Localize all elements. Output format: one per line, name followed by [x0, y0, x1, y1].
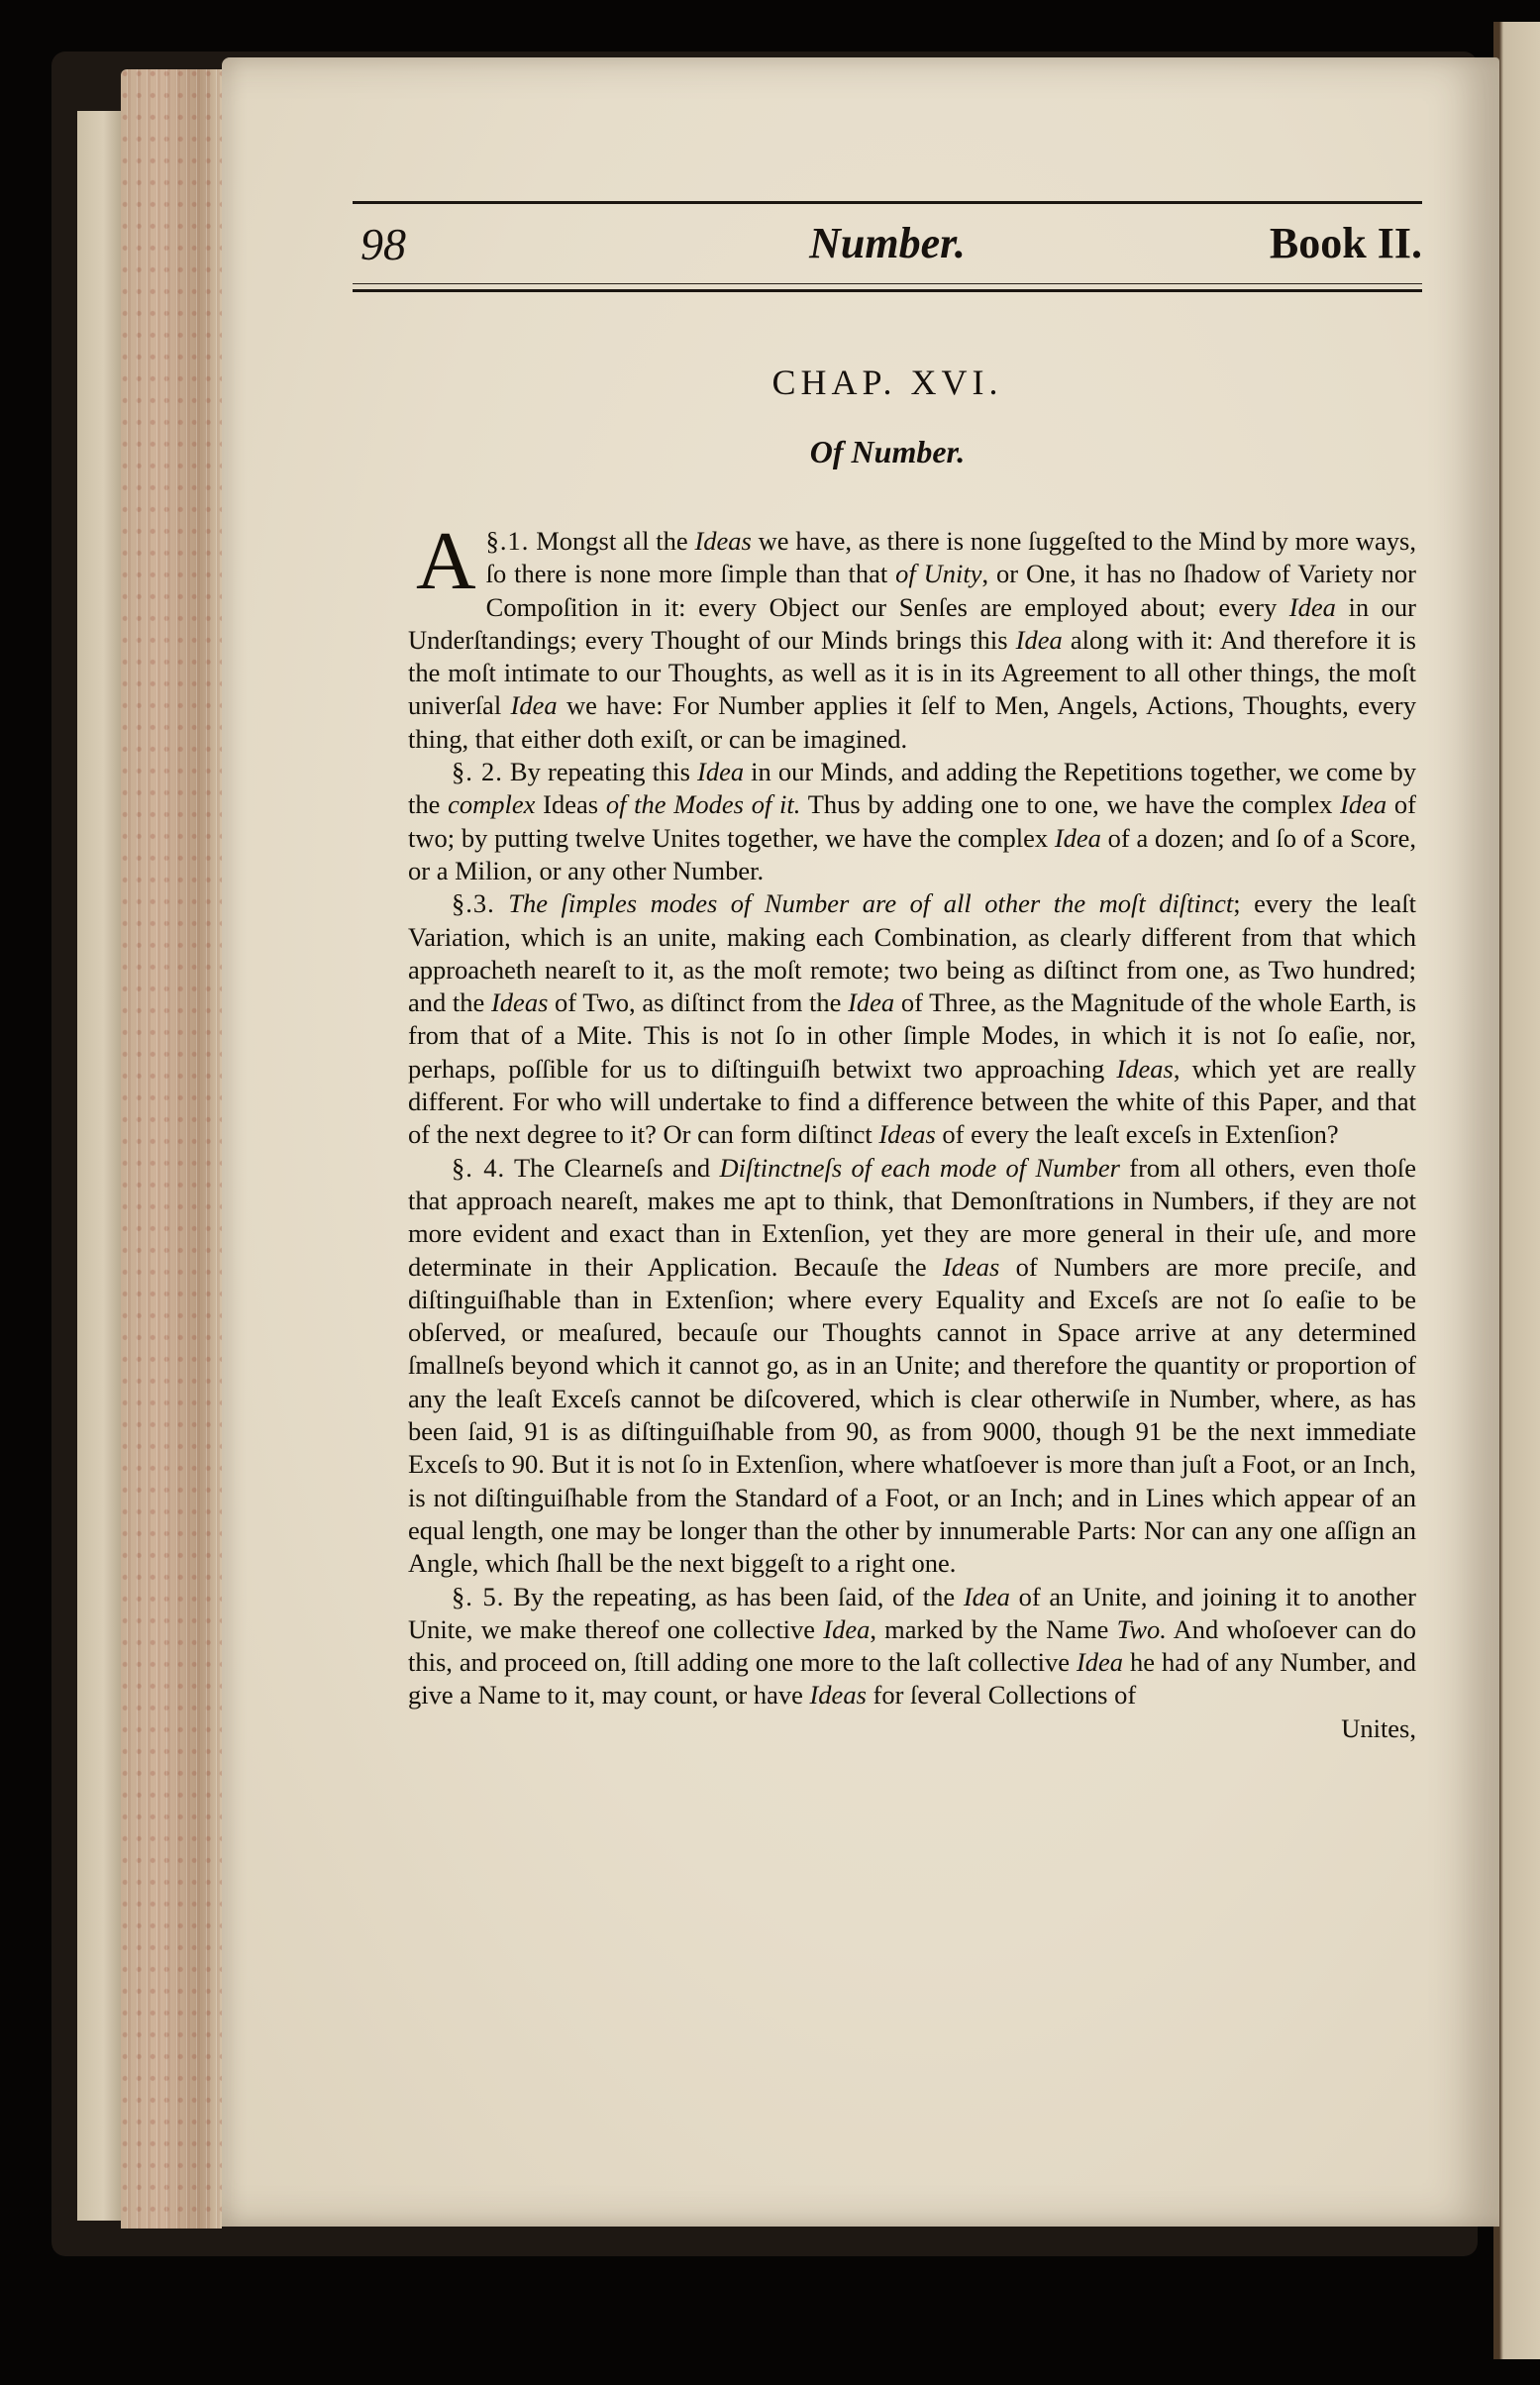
chapter-subtitle: Of Number. — [353, 434, 1422, 470]
italic-run: Idea — [964, 1582, 1010, 1611]
italic-run: Ideas — [694, 526, 751, 556]
italic-run: Diſtinctneſs of each mode of Number — [720, 1153, 1120, 1183]
section-mark: §. 4. — [452, 1153, 505, 1183]
section-2: §. 2. By repeating this Idea in our Mind… — [408, 756, 1416, 887]
italic-run: Ideas — [809, 1680, 866, 1710]
endpaper-edge — [77, 111, 121, 2221]
section-5: §. 5. By the repeating, as has been ſaid… — [408, 1581, 1416, 1712]
italic-run: The ſimples modes of Number are of all o… — [508, 888, 1233, 918]
italic-run: of Unity — [895, 559, 981, 588]
facing-page-sliver — [1493, 22, 1540, 2359]
italic-run: Idea — [1016, 625, 1063, 655]
italic-run: Idea — [1340, 789, 1386, 819]
running-title: Number. — [353, 218, 1422, 268]
section-text: The Clearneſs and Diſtinctneſs of each m… — [408, 1153, 1416, 1579]
section-text: The ſimples modes of Number are of all o… — [408, 888, 1416, 1149]
italic-run: Ideas — [1116, 1054, 1173, 1084]
italic-run: Ideas — [491, 987, 548, 1017]
section-mark: §.1. — [486, 526, 530, 556]
italic-run: complex — [448, 789, 535, 819]
book-label: Book II. — [1270, 218, 1422, 268]
italic-run: Idea — [1289, 592, 1336, 622]
italic-run: of the Modes of it. — [606, 789, 801, 819]
section-text: By repeating this Idea in our Minds, and… — [408, 757, 1416, 885]
italic-run: Idea — [511, 690, 558, 720]
section-1: §.1. A Mongst all the Ideas we have, as … — [408, 525, 1416, 756]
italic-run: Idea — [823, 1614, 870, 1644]
running-head: 98 Number. Book II. — [353, 201, 1422, 292]
section-4: §. 4. The Clearneſs and Diſtinctneſs of … — [408, 1152, 1416, 1581]
italic-run: Ideas — [943, 1252, 999, 1282]
section-text: Mongst all the Ideas we have, as there i… — [408, 526, 1416, 754]
section-mark: §. 5. — [452, 1582, 504, 1611]
italic-run: Idea — [697, 757, 744, 786]
drop-cap: A — [416, 531, 476, 592]
body-text: §.1. A Mongst all the Ideas we have, as … — [408, 525, 1416, 1745]
section-mark: §. 2. — [452, 757, 503, 786]
section-text: By the repeating, as has been ſaid, of t… — [408, 1582, 1416, 1711]
italic-run: Ideas — [878, 1119, 935, 1149]
section-3: §.3. The ſimples modes of Number are of … — [408, 887, 1416, 1151]
chapter-heading: CHAP. XVI. — [353, 362, 1422, 403]
italic-run: Idea — [848, 987, 894, 1017]
catchword: Unites, — [408, 1712, 1416, 1745]
italic-run: Idea — [1077, 1647, 1123, 1677]
italic-run: Two. — [1117, 1614, 1167, 1644]
page-stack-edge — [121, 69, 222, 2229]
section-mark: §.3. — [452, 888, 495, 918]
italic-run: Idea — [1055, 823, 1101, 853]
